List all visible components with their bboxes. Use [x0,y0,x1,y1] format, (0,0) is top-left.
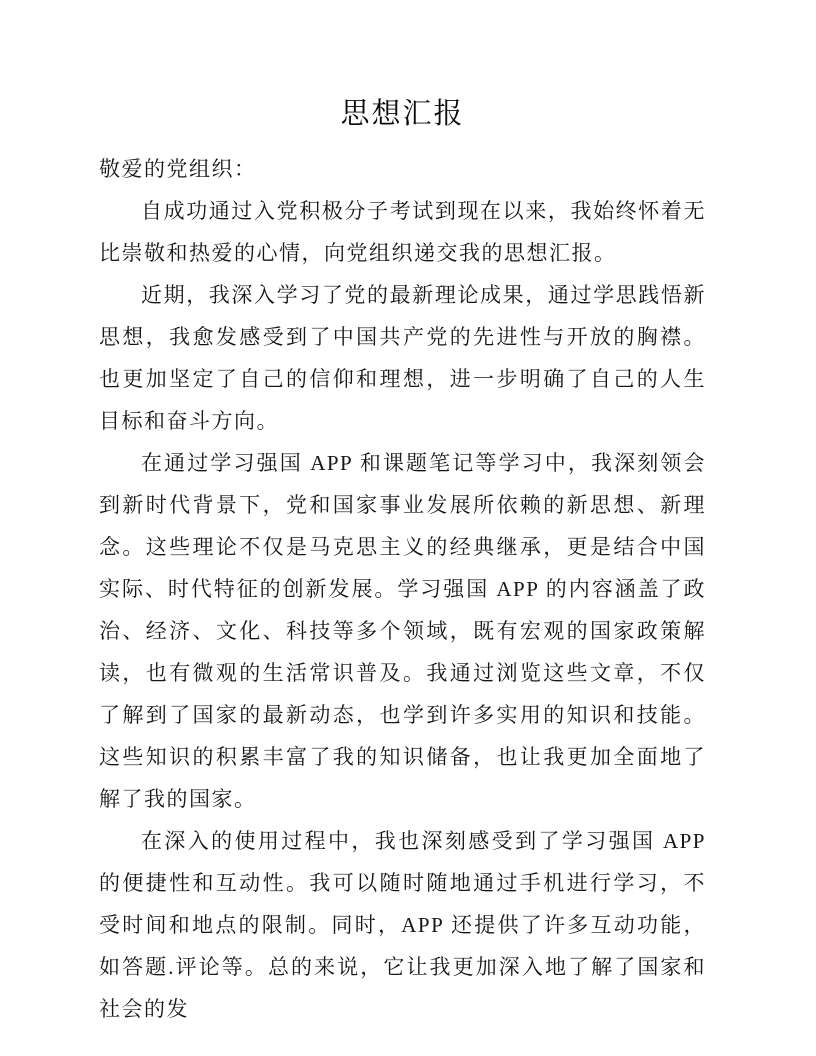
paragraph: 自成功通过入党积极分子考试到现在以来，我始终怀着无比崇敬和热爱的心情，向党组织递… [99,190,706,274]
salutation-line: 敬爱的党组织： [99,148,706,190]
page-title: 思想汇报 [99,94,706,134]
document-content: 思想汇报 敬爱的党组织： 自成功通过入党积极分子考试到现在以来，我始终怀着无比崇… [0,0,816,1030]
paragraph: 在通过学习强国 APP 和课题笔记等学习中，我深刻领会到新时代背景下，党和国家事… [99,442,706,820]
document-body: 敬爱的党组织： 自成功通过入党积极分子考试到现在以来，我始终怀着无比崇敬和热爱的… [99,148,706,1030]
paragraph: 在深入的使用过程中，我也深刻感受到了学习强国 APP 的便捷性和互动性。我可以随… [99,820,706,1030]
document-page: 思想汇报 敬爱的党组织： 自成功通过入党积极分子考试到现在以来，我始终怀着无比崇… [0,0,816,1056]
paragraph: 近期，我深入学习了党的最新理论成果，通过学思践悟新思想，我愈发感受到了中国共产党… [99,274,706,442]
